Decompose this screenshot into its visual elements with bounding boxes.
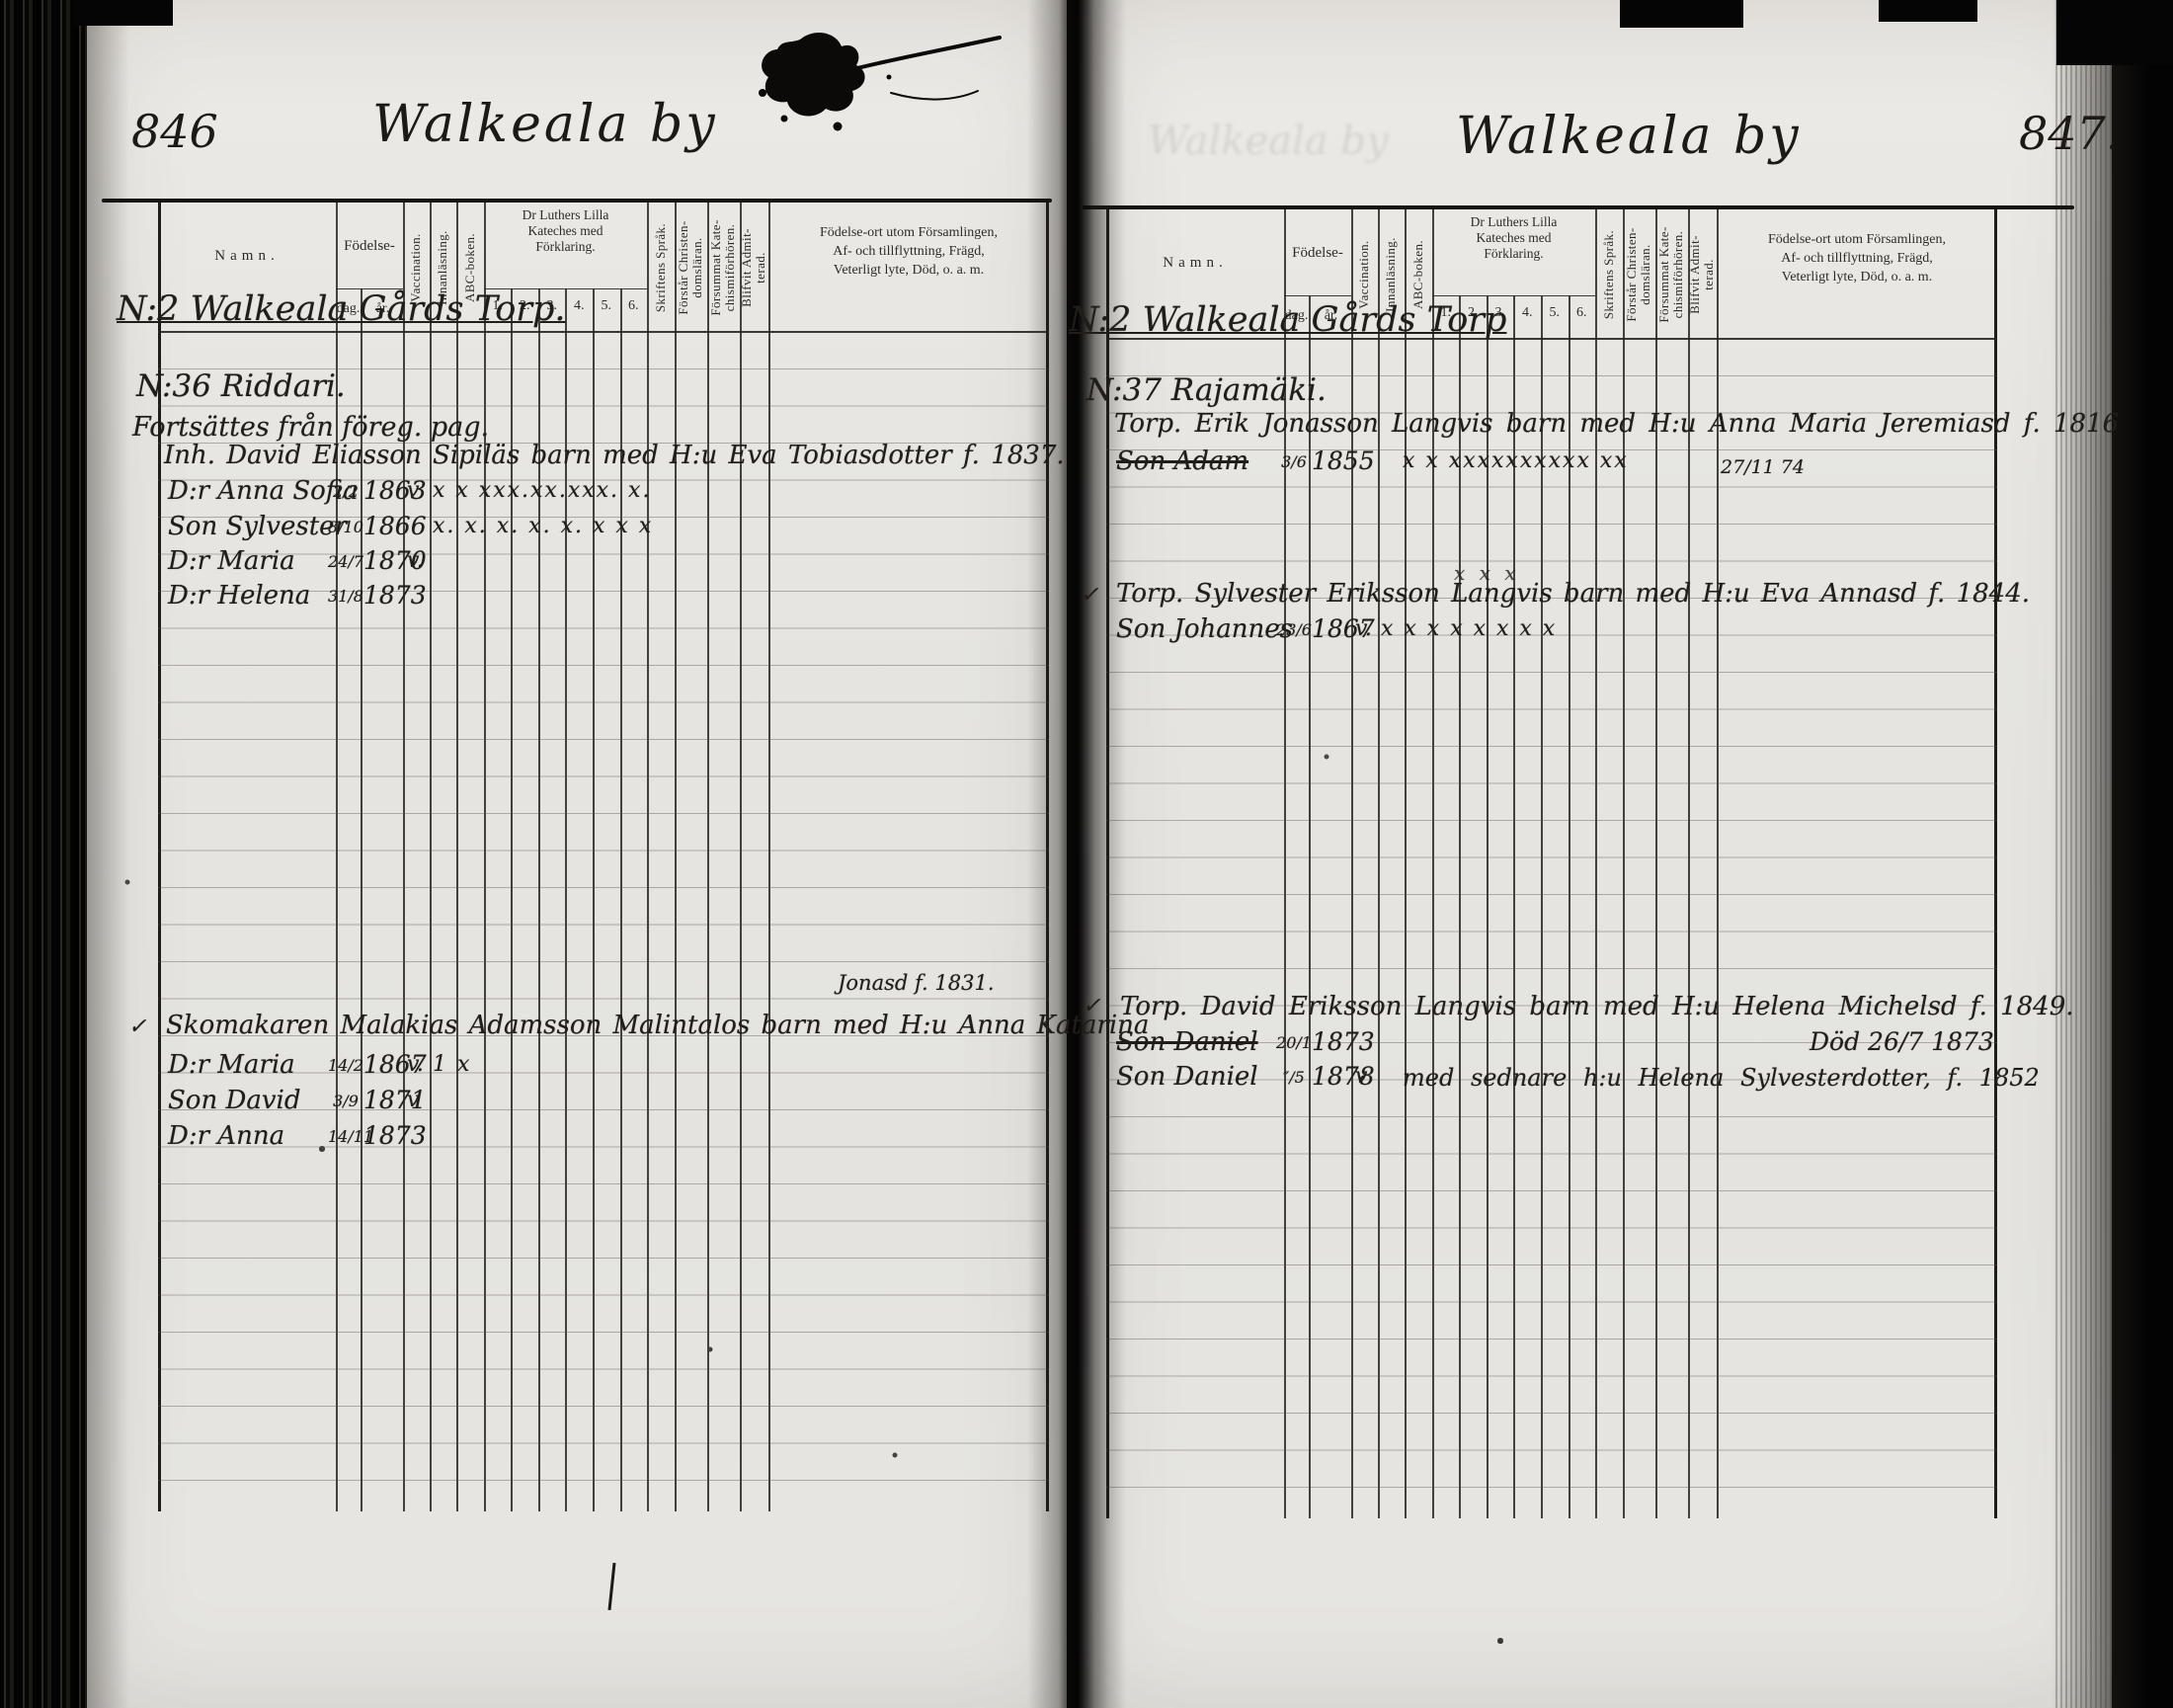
person-name: D:r Helena [168,581,310,610]
section-heading: N:2 Walkeala Gårds Torp [1069,300,1506,340]
table-row: Son Sylvester 8/10 1866 x. x. x. x. x. x… [158,512,1049,547]
vaccination-mark: v [1355,1064,1367,1089]
catechism-marks: x x xxx.xx.xxx. x. [433,478,651,503]
scan-artifact [1879,0,1977,22]
column-header-name: Namn. [1106,255,1284,272]
section-heading: N:2 Walkeala Gårds Torp. [117,289,566,329]
column-header-missed: Försummat Kate- chismiförhören. [709,203,737,332]
understands-line2: domsläran. [690,203,704,332]
birth-day: 24/7 [328,552,363,571]
admitted-line1: Blifvit Admit- [1688,210,1702,339]
person-name: Son David [168,1086,300,1115]
remarriage-note: med sednare h:u Helena Sylvesterdotter, … [1403,1064,2040,1092]
birth-day: 20/1 [1276,1033,1312,1052]
table-row: D:r Maria 24/7 1870 v. [158,546,1049,582]
continuation-note: Fortsättes från föreg. pag. [132,412,489,443]
column-header-birth: Födelse- [1284,245,1351,262]
catechism-marks: x x xxxxxxxxxx xx [1403,448,1629,473]
scanned-parish-register-spread: 846 Walkeala by [0,0,2173,1708]
subsection-heading: N:36 Riddari. [136,368,346,404]
dust-specks [0,0,2,2]
ruled-lines [1106,375,1997,1521]
page-title-right: Walkeala by [1456,107,1802,166]
catechism-col-6: 6. [1569,305,1596,321]
column-header-name: Namn. [158,248,336,265]
birth-day: 8/10 [328,518,363,536]
missed-line1: Försummat Kate- [1657,210,1671,339]
column-header-admitted: Blifvit Admit- terad. [1688,210,1716,339]
notes-line3: Veterligt lyte, Död, o. a. m. [1717,268,1997,286]
record-table-right: Namn. Födelse- dag. år. Vaccination. Inn… [1106,209,1997,1523]
family-head-row: Torp. David Eriksson Langvis barn med H:… [1120,992,2074,1021]
person-name: Son Daniel [1116,1062,1258,1092]
column-header-understands: Förstår Christen- domsläran. [677,203,704,332]
notes-line1: Födelse-ort utom Församlingen, [768,223,1049,242]
birth-year: 1873 [363,581,427,610]
notes-line2: Af- och tillflyttning, Frägd, [768,242,1049,261]
column-header-catechism: Dr Luthers Lilla Kateches med Förklaring… [484,207,647,255]
catechism-col-4: 4. [1514,305,1542,321]
bleed-through-ghost: Walkeala by [1148,119,1389,164]
check-mark: ✓ [128,1015,146,1039]
subsection-heading: N:37 Rajamäki. [1086,372,1327,408]
column-header-notes: Födelse-ort utom Församlingen, Af- och t… [768,223,1049,280]
person-name-struck: Son Adam [1116,447,1248,476]
table-row: D:r Maria 14/2 1867 v. 1 x [158,1050,1049,1086]
birth-day: ″/5 [1276,1068,1312,1087]
scan-artifact [1620,0,1743,28]
right-page: Walkeala by Walkeala by 847. [1079,0,2114,1708]
catechism-col-5: 5. [1541,305,1569,321]
vaccination-mark: v. [1355,616,1372,641]
table-row: D:r Anna 14/11 1873 [158,1121,1049,1157]
birth-year: 1873 [363,1121,427,1150]
grid-line [1432,295,1595,296]
birth-day: 31/8 [328,587,363,606]
missed-line2: chismiförhören. [723,203,737,332]
column-header-notes: Födelse-ort utom Församlingen, Af- och t… [1717,230,1997,286]
column-header-birth: Födelse- [336,238,403,255]
table-row: D:r Helena 31/8 1873 [158,581,1049,616]
birth-day: 3/9 [328,1092,363,1110]
page-title-left: Walkeala by [372,95,718,154]
check-mark: ✓ [1081,583,1098,608]
catechism-line1: Dr Luthers Lilla [484,207,647,223]
check-mark: ✓ [1083,994,1100,1018]
person-name: Son Sylvester [168,512,347,541]
column-header-scripture: Skriftens Språk. [1602,215,1616,334]
grid-line [1284,295,1351,296]
understands-line1: Förstår Christen- [677,203,690,332]
book-edge-left [0,0,87,1708]
birth-year: 1873 [1312,1027,1375,1056]
understands-line1: Förstår Christen- [1625,210,1639,339]
record-table-left: Namn. Födelse- dag. år. Vaccination. Inn… [158,203,1049,1516]
book-edge-right [2112,0,2173,1708]
family-head-row: Torp. Erik Jonasson Langvis barn med H:u… [1114,409,2119,439]
table-row: Son Adam 3/6 1855 x x xxxxxxxxxx xx 27/1… [1106,447,1997,482]
birth-day: 2/2 [328,482,363,501]
catechism-marks: x. x. x. x. x. x x x [433,514,653,538]
birth-year: 1855 [1312,447,1375,475]
vaccination-mark: v [407,1088,419,1112]
table-row: Son Daniel 20/1 1873 Död 26/7 1873 [1106,1027,1997,1063]
page-edge-texture [2052,0,2114,1708]
column-header-admitted: Blifvit Admit- terad. [740,203,767,332]
birth-day: 3/6 [1276,452,1312,471]
catechism-marks: x x x x x x x x [1381,616,1557,641]
table-row: Son Daniel ″/5 1878 v med sednare h:u He… [1106,1062,1997,1098]
admitted-line2: terad. [754,203,767,332]
ink-blot [743,20,1007,144]
column-header-scripture: Skriftens Språk. [654,208,668,327]
scan-artifact [2056,0,2173,65]
understands-line2: domsläran. [1639,210,1652,339]
person-name-struck: Son Daniel [1116,1027,1258,1057]
notes-line3: Veterligt lyte, Död, o. a. m. [768,261,1049,280]
notes-line1: Födelse-ort utom Församlingen, [1717,230,1997,249]
table-row: D:r Anna Sofia 2/2 1863 v x x xxx.xx.xxx… [158,476,1049,512]
death-note: Död 26/7 1873 [1810,1027,1994,1056]
table-row: Son Johannes 23/6 1867 v. x x x x x x x … [1106,614,1997,650]
birth-year: 1866 [363,512,427,540]
missed-line1: Försummat Kate- [709,203,723,332]
missed-line2: chismiförhören. [1671,210,1685,339]
book-binding-gutter [1027,0,1126,1708]
family-head-row: Skomakaren Malakias Adamsson Malintalos … [166,1011,1149,1040]
marginal-annotation: Jonasd f. 1831. [838,971,995,995]
page-number-left: 846 [131,105,218,158]
birth-day: 14/2 [328,1056,363,1075]
table-row: Son David 3/9 1871 v [158,1086,1049,1121]
catechism-line2: Kateches med [1432,230,1595,246]
catechism-line1: Dr Luthers Lilla [1432,214,1595,230]
notes-line2: Af- och tillflyttning, Frägd, [1717,249,1997,268]
left-page: 846 Walkeala by [84,0,1067,1708]
family-head-row: Inh. David Eliasson Sipiläs barn med H:u… [164,441,1065,470]
column-header-catechism: Dr Luthers Lilla Kateches med Förklaring… [1432,214,1595,262]
page-number-right: 847. [2019,107,2120,160]
catechism-line3: Förklaring. [1432,246,1595,262]
column-header-missed: Försummat Kate- chismiförhören. [1657,210,1685,339]
vaccination-mark: v. [407,548,424,573]
person-name: D:r Anna [168,1121,284,1151]
catechism-line3: Förklaring. [484,239,647,255]
catechism-col-6: 6. [620,298,648,314]
scan-artifact [74,0,173,26]
person-name: D:r Maria [168,1050,295,1080]
column-header-understands: Förstår Christen- domsläran. [1625,210,1652,339]
grid-line [158,331,1049,333]
notes-entry: 27/11 74 [1721,456,1805,478]
catechism-marks: 1 x [433,1052,471,1077]
admitted-line1: Blifvit Admit- [740,203,754,332]
vaccination-mark: v. [407,1052,424,1077]
birth-day: 23/6 [1276,620,1312,639]
person-name: Son Johannes [1116,614,1293,644]
catechism-line2: Kateches med [484,223,647,239]
birth-day: 14/11 [328,1127,363,1146]
family-head-row: Torp. Sylvester Eriksson Langvis barn me… [1116,579,2030,609]
catechism-col-5: 5. [593,298,620,314]
catechism-col-4: 4. [566,298,594,314]
vaccination-mark: v [407,478,419,503]
admitted-line2: terad. [1702,210,1716,339]
person-name: D:r Maria [168,546,295,576]
